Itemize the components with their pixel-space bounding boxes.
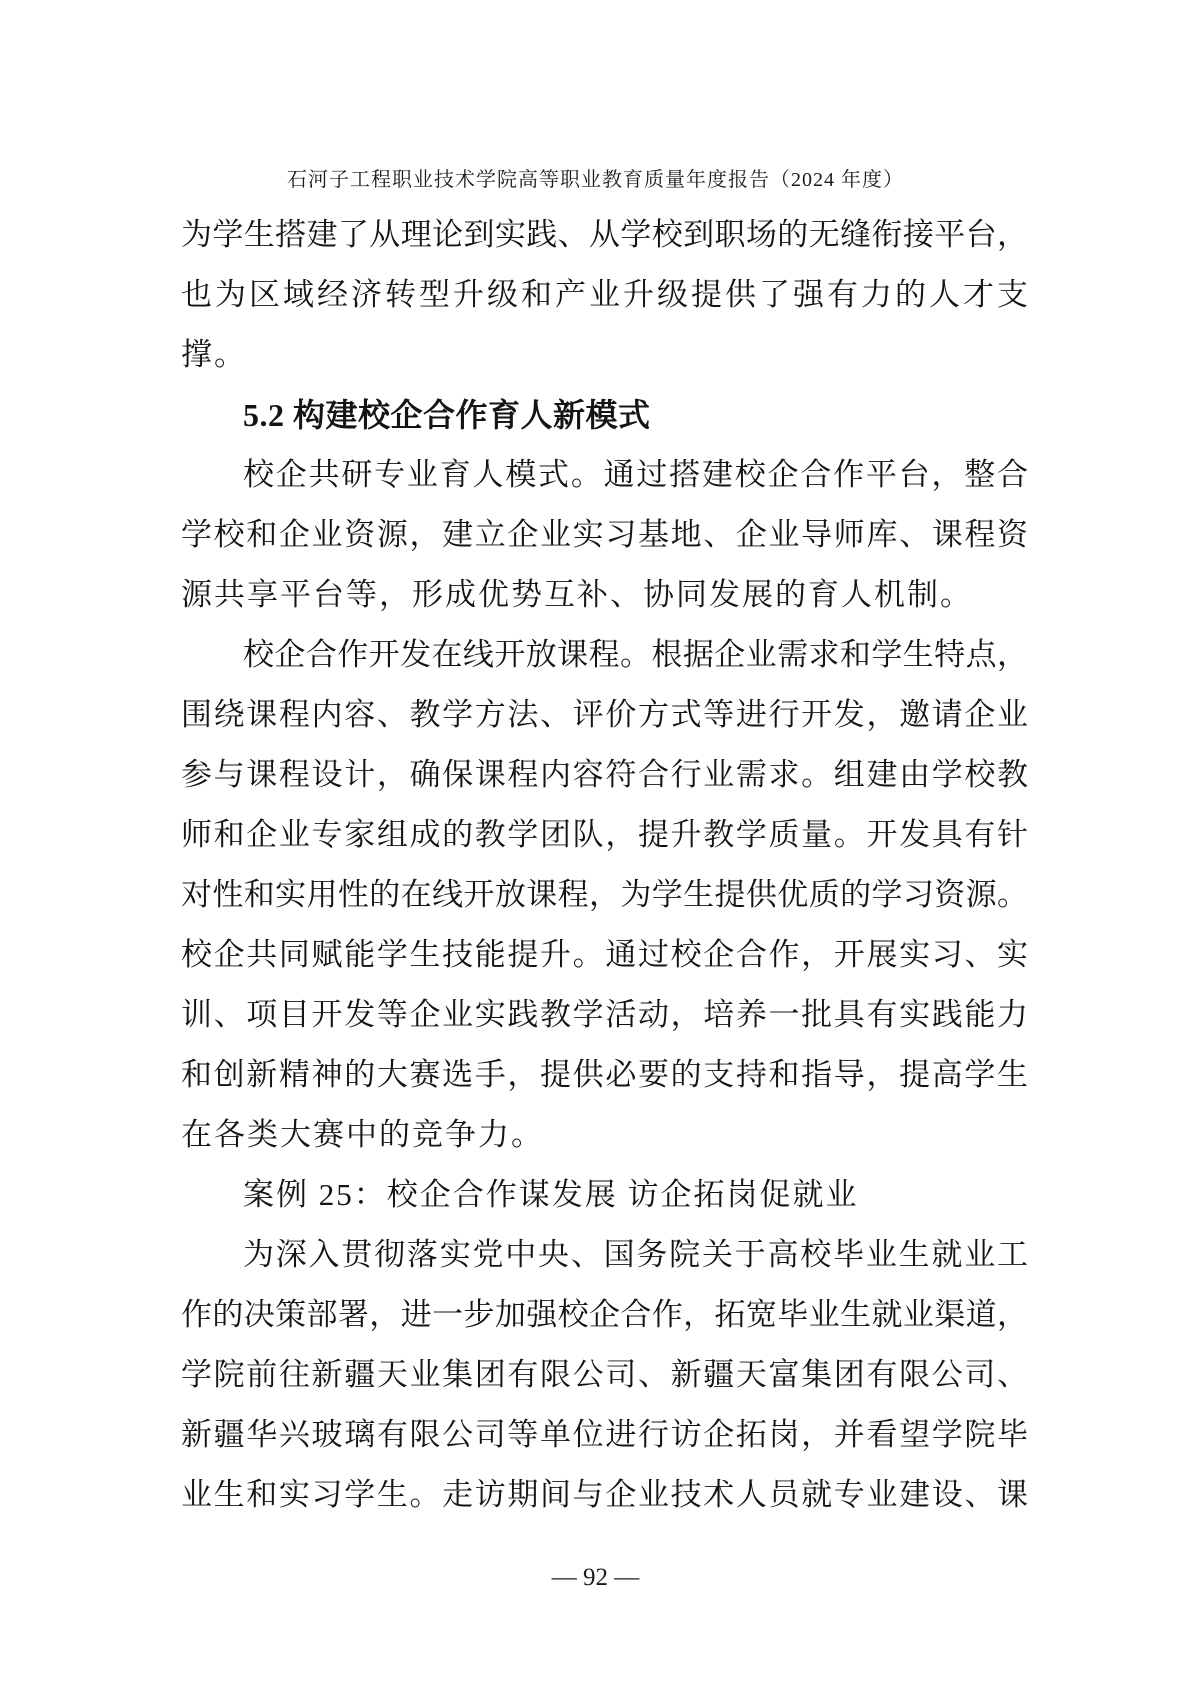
text-line: 师和企业专家组成的教学团队，提升教学质量。开发具有针 xyxy=(181,805,1028,865)
text-line: 为学生搭建了从理论到实践、从学校到职场的无缝衔接平台， xyxy=(181,205,1028,265)
text-line: 校企共同赋能学生技能提升。通过校企合作，开展实习、实 xyxy=(181,925,1028,985)
text-line: 校企合作开发在线开放课程。根据企业需求和学生特点， xyxy=(181,625,1028,685)
text-line: 在各类大赛中的竞争力。 xyxy=(181,1105,1028,1165)
text-line: 为深入贯彻落实党中央、国务院关于高校毕业生就业工 xyxy=(181,1225,1028,1285)
document-body: 为学生搭建了从理论到实践、从学校到职场的无缝衔接平台， 也为区域经济转型升级和产… xyxy=(181,205,1028,1525)
text-line: 新疆华兴玻璃有限公司等单位进行访企拓岗，并看望学院毕 xyxy=(181,1405,1028,1465)
text-line: 校企共研专业育人模式。通过搭建校企合作平台，整合 xyxy=(181,445,1028,505)
text-line: 业生和实习学生。走访期间与企业技术人员就专业建设、课 xyxy=(181,1465,1028,1525)
text-line: 参与课程设计，确保课程内容符合行业需求。组建由学校教 xyxy=(181,745,1028,805)
text-line: 学院前往新疆天业集团有限公司、新疆天富集团有限公司、 xyxy=(181,1345,1028,1405)
text-line: 围绕课程内容、教学方法、评价方式等进行开发，邀请企业 xyxy=(181,685,1028,745)
document-page: 石河子工程职业技术学院高等职业教育质量年度报告（2024 年度） 为学生搭建了从… xyxy=(0,0,1191,1684)
page-header-title: 石河子工程职业技术学院高等职业教育质量年度报告（2024 年度） xyxy=(0,166,1191,194)
text-line: 对性和实用性的在线开放课程，为学生提供优质的学习资源。 xyxy=(181,865,1028,925)
text-line: 源共享平台等，形成优势互补、协同发展的育人机制。 xyxy=(181,565,1028,625)
text-line: 撑。 xyxy=(181,325,1028,385)
page-number: — 92 — xyxy=(0,1560,1191,1596)
section-heading: 5.2 构建校企合作育人新模式 xyxy=(181,385,1028,445)
text-line: 和创新精神的大赛选手，提供必要的支持和指导，提高学生 xyxy=(181,1045,1028,1105)
text-line: 作的决策部署，进一步加强校企合作，拓宽毕业生就业渠道， xyxy=(181,1285,1028,1345)
case-title: 案例 25：校企合作谋发展 访企拓岗促就业 xyxy=(181,1165,1028,1225)
text-line: 训、项目开发等企业实践教学活动，培养一批具有实践能力 xyxy=(181,985,1028,1045)
text-line: 学校和企业资源，建立企业实习基地、企业导师库、课程资 xyxy=(181,505,1028,565)
text-line: 也为区域经济转型升级和产业升级提供了强有力的人才支 xyxy=(181,265,1028,325)
